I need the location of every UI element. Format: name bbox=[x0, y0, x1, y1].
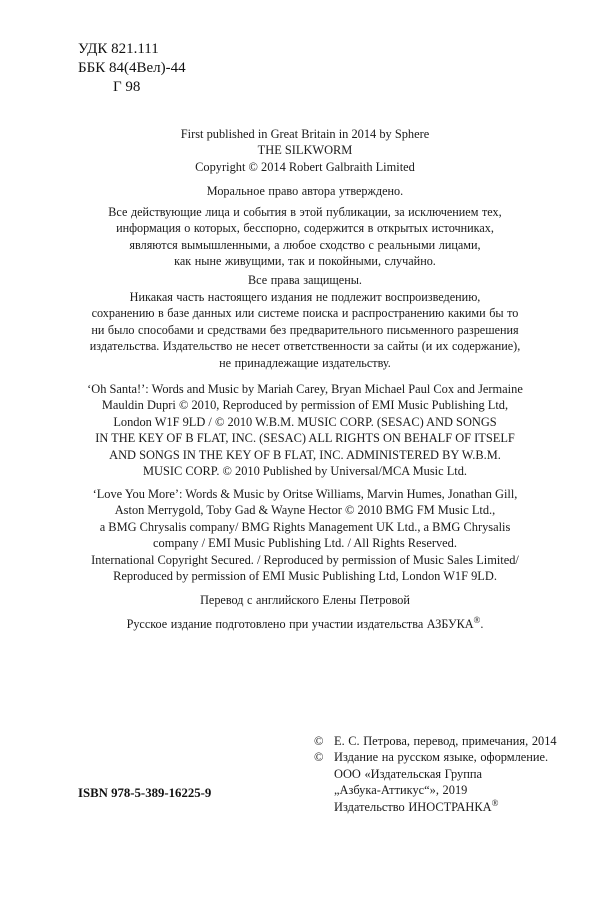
first-published: First published in Great Britain in 2014… bbox=[70, 126, 540, 142]
original-title: THE SILKWORM bbox=[70, 142, 540, 158]
oh-santa-credit: ‘Oh Santa!’: Words and Music by Mariah C… bbox=[70, 381, 540, 479]
credit-line: London W1F 9LD / © 2010 W.B.M. MUSIC COR… bbox=[70, 414, 540, 430]
original-copyright: Copyright © 2014 Robert Galbraith Limite… bbox=[70, 159, 540, 175]
publisher-imprint: Издательство ИНОСТРАНКА® bbox=[314, 799, 557, 815]
all-rights-line: Никакая часть настоящего издания не подл… bbox=[70, 289, 540, 306]
credit-line: Aston Merrygold, Toby Gad & Wayne Hector… bbox=[70, 502, 540, 518]
credit-line: a BMG Chrysalis company/ BMG Rights Mana… bbox=[70, 519, 540, 535]
copyright-page: УДК 821.111 ББК 84(4Вел)-44 Г 98 First p… bbox=[0, 0, 600, 900]
publication-info: First published in Great Britain in 2014… bbox=[70, 126, 540, 175]
author-mark: Г 98 bbox=[78, 78, 186, 97]
bbk-code: ББК 84(4Вел)-44 bbox=[78, 59, 186, 78]
credit-line: Mauldin Dupri © 2010, Reproduced by perm… bbox=[70, 397, 540, 413]
classification-codes: УДК 821.111 ББК 84(4Вел)-44 Г 98 bbox=[78, 40, 186, 97]
moral-rights-lead: Моральное право автора утверждено. bbox=[70, 183, 540, 200]
credit-line: Reproduced by permission of EMI Music Pu… bbox=[70, 568, 540, 584]
all-rights-line: не принадлежащие издательству. bbox=[70, 355, 540, 372]
all-rights-notice: Все права защищены. Никакая часть настоя… bbox=[70, 272, 540, 371]
edition-copyright: ©Издание на русском языке, оформление. bbox=[314, 749, 557, 765]
edition-copyright-text: Издание на русском языке, оформление. bbox=[334, 750, 548, 764]
translation-copyright: ©Е. С. Петрова, перевод, примечания, 201… bbox=[314, 733, 557, 749]
isbn: ISBN 978-5-389-16225-9 bbox=[78, 786, 211, 801]
publisher-line: „Азбука-Аттикус“», 2019 bbox=[314, 782, 557, 798]
credit-line: ‘Oh Santa!’: Words and Music by Mariah C… bbox=[70, 381, 540, 397]
love-you-more-credit: ‘Love You More’: Words & Music by Oritse… bbox=[70, 486, 540, 584]
credit-line: IN THE KEY OF B FLAT, INC. (SESAC) ALL R… bbox=[70, 430, 540, 446]
moral-rights-line: информация о которых, бесспорно, содержи… bbox=[70, 220, 540, 237]
moral-rights-line: являются вымышленными, а любое сходство … bbox=[70, 237, 540, 254]
russian-edition-note: Русское издание подготовлено при участии… bbox=[70, 616, 540, 633]
credit-line: ‘Love You More’: Words & Music by Oritse… bbox=[70, 486, 540, 502]
translator-line: Перевод с английского Елены Петровой bbox=[70, 592, 540, 609]
translation-copyright-text: Е. С. Петрова, перевод, примечания, 2014 bbox=[334, 734, 557, 748]
moral-rights-line: Все действующие лица и события в этой пу… bbox=[70, 204, 540, 221]
moral-rights-notice: Моральное право автора утверждено. Все д… bbox=[70, 183, 540, 270]
all-rights-line: сохранению в базе данных или системе пои… bbox=[70, 305, 540, 322]
russian-copyrights: ©Е. С. Петрова, перевод, примечания, 201… bbox=[314, 733, 557, 815]
all-rights-lead: Все права защищены. bbox=[70, 272, 540, 289]
imprint-text: Издательство ИНОСТРАНКА bbox=[334, 800, 492, 814]
copyright-icon: © bbox=[314, 749, 334, 765]
translator-credit: Перевод с английского Елены Петровой bbox=[70, 592, 540, 609]
moral-rights-line: как ныне живущими, так и покойными, случ… bbox=[70, 253, 540, 270]
all-rights-line: издательства. Издательство не несет отве… bbox=[70, 338, 540, 355]
credit-line: MUSIC CORP. © 2010 Published by Universa… bbox=[70, 463, 540, 479]
all-rights-line: ни было способами и средствами без предв… bbox=[70, 322, 540, 339]
udk-code: УДК 821.111 bbox=[78, 40, 186, 59]
registered-mark-icon: ® bbox=[492, 798, 499, 808]
russian-edition-line: Русское издание подготовлено при участии… bbox=[70, 616, 540, 633]
russian-edition-text: Русское издание подготовлено при участии… bbox=[127, 617, 474, 631]
credit-line: International Copyright Secured. / Repro… bbox=[70, 552, 540, 568]
credit-line: company / EMI Music Publishing Ltd. / Al… bbox=[70, 535, 540, 551]
russian-edition-end: . bbox=[480, 617, 483, 631]
copyright-icon: © bbox=[314, 733, 334, 749]
credit-line: AND SONGS IN THE KEY OF B FLAT, INC. ADM… bbox=[70, 447, 540, 463]
publisher-line: ООО «Издательская Группа bbox=[314, 766, 557, 782]
